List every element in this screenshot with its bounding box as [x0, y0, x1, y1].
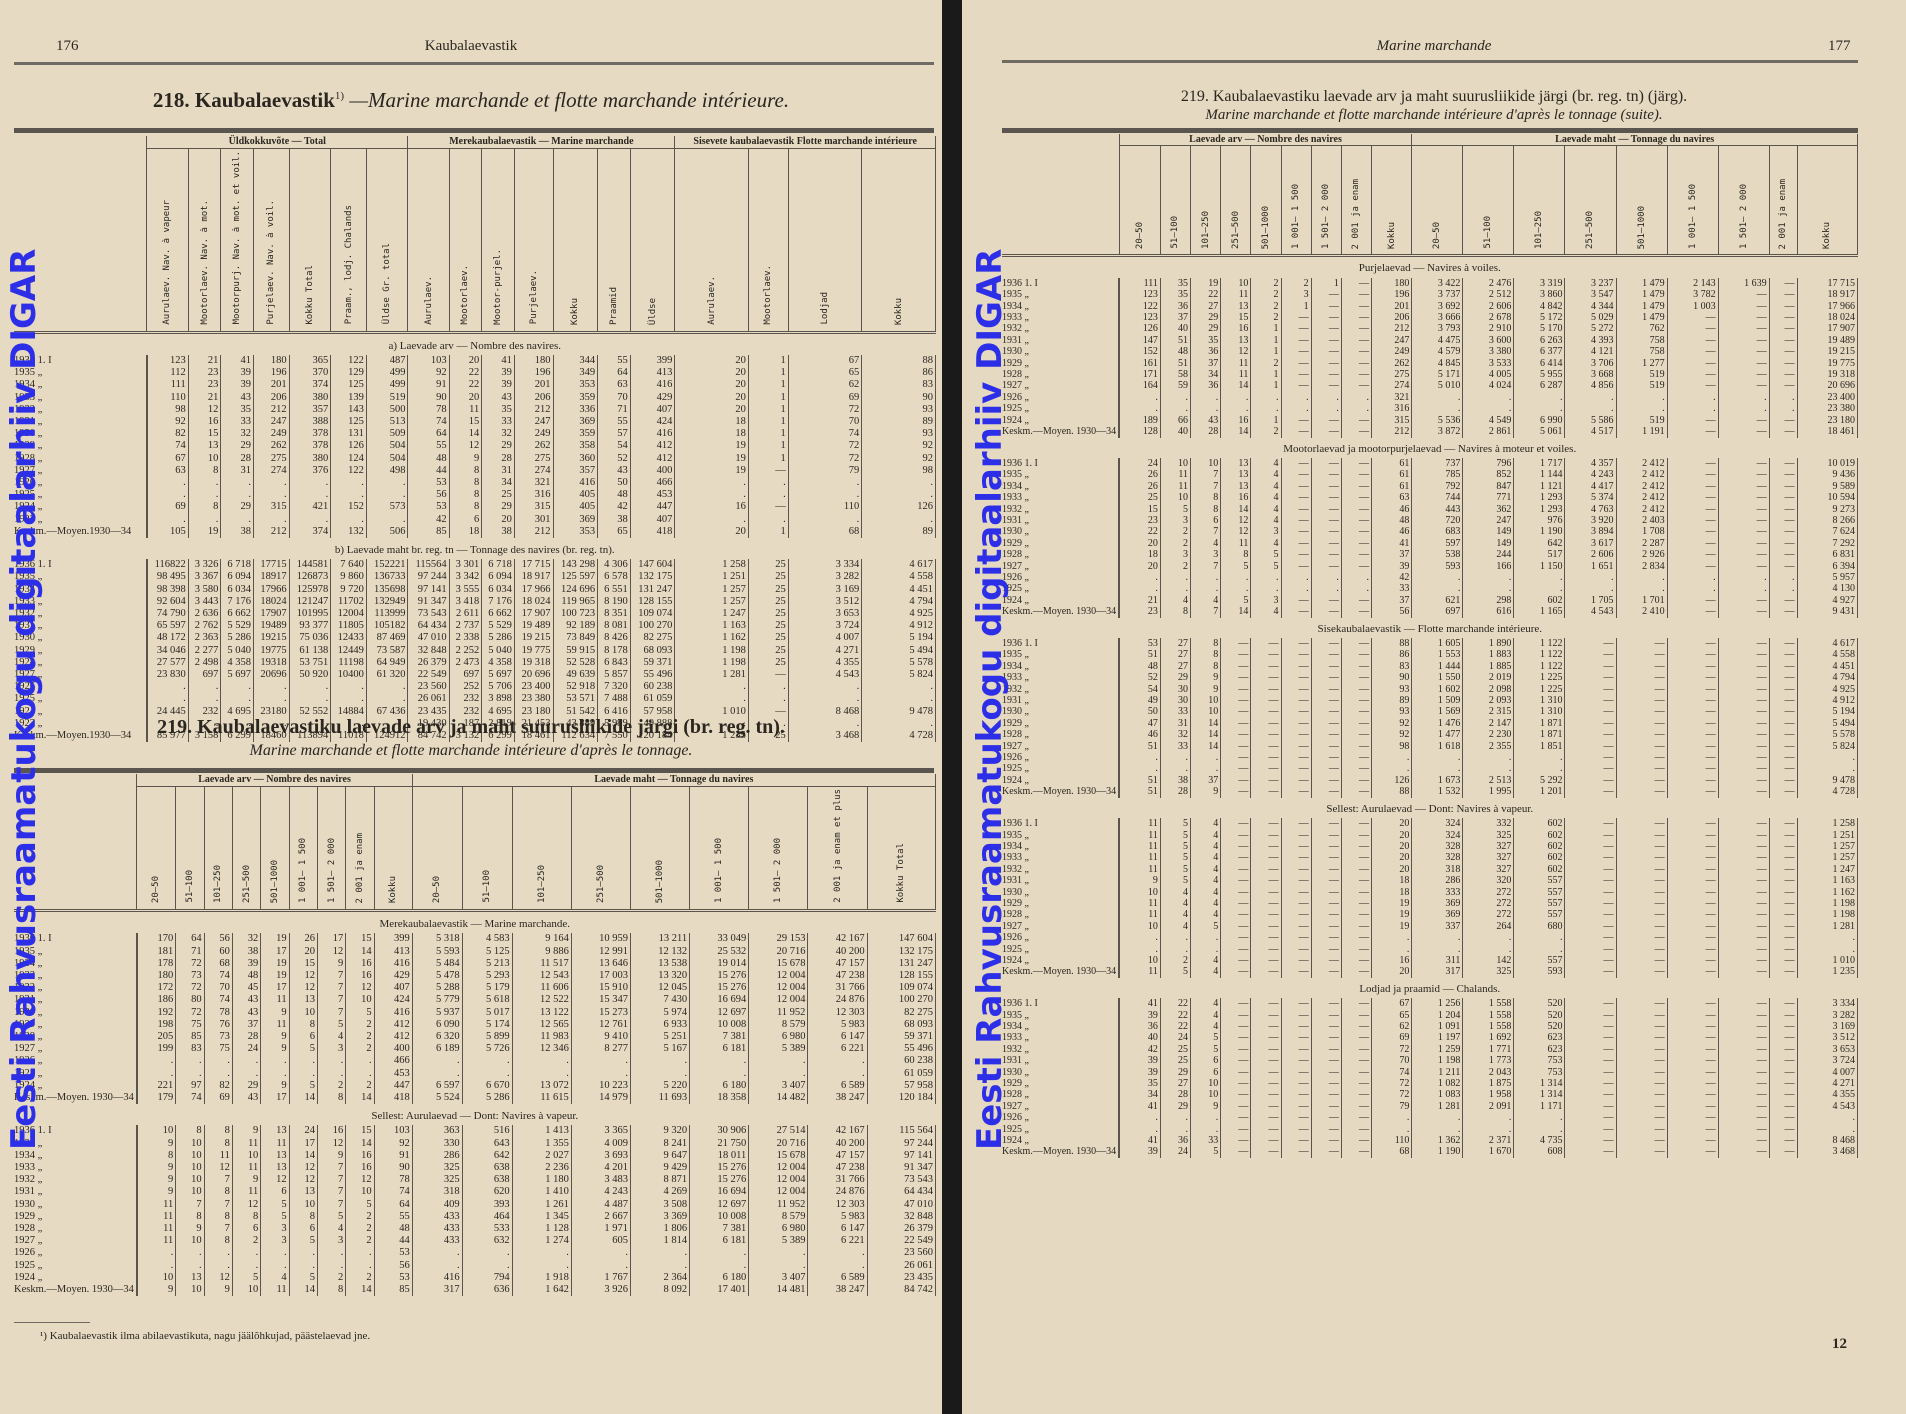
cell: 26 061	[867, 1260, 935, 1272]
cell: —	[1221, 741, 1251, 752]
cell: .	[1119, 403, 1160, 414]
cell: 89	[1371, 695, 1411, 706]
cell: 41	[1119, 1135, 1160, 1146]
row-label: 1926 „	[1002, 932, 1119, 943]
cell: 206	[514, 392, 553, 404]
cell: 5 213	[462, 958, 512, 970]
cell: 1 256	[1412, 998, 1463, 1009]
cell: —	[1281, 1055, 1311, 1066]
divider	[14, 128, 934, 133]
cell: 92	[374, 1138, 412, 1150]
cell: 453	[630, 489, 675, 501]
cell: 418	[374, 1092, 412, 1104]
table-row: 1931 „2336124———487202479763 9202 403———…	[1002, 515, 1858, 526]
cell: 8	[204, 1211, 232, 1223]
cell: .	[1565, 392, 1616, 403]
cell: 11	[137, 1235, 176, 1247]
cell: 64	[598, 367, 631, 379]
cell: .	[1191, 752, 1221, 763]
cell: 32 848	[408, 645, 449, 657]
cell: 82 275	[867, 1007, 935, 1019]
cell: 10	[1191, 1078, 1221, 1089]
cell: 85	[374, 1284, 412, 1296]
cell: 4	[1191, 966, 1221, 977]
cell: —	[1341, 944, 1371, 955]
cell: 61 059	[867, 1068, 935, 1080]
cell: 7	[317, 1186, 345, 1198]
cell: 5 010	[1412, 380, 1463, 391]
cell: 60	[204, 946, 232, 958]
cell: .	[675, 681, 749, 693]
cell: 34 046	[147, 645, 189, 657]
cell: 3 737	[1412, 289, 1463, 300]
cell: —	[1769, 278, 1797, 289]
cell: 11 952	[749, 1007, 808, 1019]
cell: —	[1281, 346, 1311, 357]
cell: 11	[1221, 369, 1251, 380]
cell: 10	[176, 1284, 204, 1296]
table-row: 1924 „214453———376212986021 7051 701———4…	[1002, 595, 1858, 606]
cell: 3 872	[1412, 426, 1463, 437]
cell: 8 081	[598, 620, 631, 632]
column-header: Mootorlaev. Nav. à mot.	[188, 149, 221, 333]
cell: 1 121	[1514, 481, 1565, 492]
cell: —	[1616, 1032, 1667, 1043]
cell: —	[1718, 312, 1769, 323]
cell: —	[1565, 1089, 1616, 1100]
cell: .	[1160, 583, 1190, 594]
cell: 380	[289, 453, 331, 465]
cell: 1 162	[675, 632, 749, 644]
cell: .	[1251, 403, 1281, 414]
cell: 36	[1191, 346, 1221, 357]
cell: 40	[1160, 426, 1190, 437]
cell: 43	[232, 1007, 260, 1019]
cell: 8	[289, 1211, 317, 1223]
cell: 29	[1191, 323, 1221, 334]
cell: 9	[232, 1125, 260, 1137]
cell: 14	[289, 1150, 317, 1162]
cell: 6	[1191, 1055, 1221, 1066]
cell: 25	[1160, 1055, 1190, 1066]
row-label: 1935 „	[1002, 469, 1119, 480]
table-row: 1926 „.......23 5602525 70623 40052 9187…	[14, 681, 936, 693]
cell: 1 314	[1514, 1078, 1565, 1089]
cell: 100 270	[867, 994, 935, 1006]
cell: 8	[449, 501, 482, 513]
cell: 125 597	[553, 571, 598, 583]
cell: 602	[1514, 830, 1565, 841]
cell: 1 355	[512, 1138, 571, 1150]
running-head: Kaubalaevastik	[0, 38, 942, 55]
cell: —	[1769, 1010, 1797, 1021]
cell: —	[1311, 1089, 1341, 1100]
cell: .	[317, 1260, 345, 1272]
cell: 6	[1191, 1067, 1221, 1078]
cell: 6 180	[690, 1272, 749, 1284]
cell: 1	[1251, 369, 1281, 380]
cell: 325	[412, 1174, 462, 1186]
cell: —	[1565, 706, 1616, 717]
row-label: 1925 „	[1002, 1124, 1119, 1135]
cell: 5 017	[462, 1007, 512, 1019]
cell: 2 315	[1463, 706, 1514, 717]
cell: —	[1616, 763, 1667, 774]
cell: —	[1341, 426, 1371, 437]
cell: 72	[1371, 1044, 1411, 1055]
cell: 17 715	[1797, 278, 1858, 289]
cell: 20	[675, 404, 749, 416]
cell: 17966	[254, 584, 290, 596]
cell: —	[1616, 1044, 1667, 1055]
cell: —	[1311, 875, 1341, 886]
column-header: 20—50	[1119, 146, 1160, 256]
row-label: 1924 „	[1002, 955, 1119, 966]
cell: 63	[147, 465, 189, 477]
cell: —	[1616, 718, 1667, 729]
cell: —	[1281, 706, 1311, 717]
column-group-header: Üldkokkuvõte — Total	[147, 136, 408, 149]
cell: 26	[289, 933, 317, 945]
cell: —	[1281, 729, 1311, 740]
cell: —	[1281, 998, 1311, 1009]
cell: 3	[1251, 595, 1281, 606]
cell: 43	[221, 392, 254, 404]
cell: 12 697	[690, 1199, 749, 1211]
cell: 737	[1412, 458, 1463, 469]
cell: .	[188, 681, 221, 693]
cell: —	[1221, 818, 1251, 829]
cell: —	[1281, 561, 1311, 572]
cell: 18 024	[1797, 312, 1858, 323]
table-row: 1931 „39256—————701 1981 773753—————3 72…	[1002, 1055, 1858, 1066]
cell: 2 412	[1616, 504, 1667, 515]
cell: 18	[1371, 887, 1411, 898]
column-group-header: Laevade arv — Nombre des navires	[137, 774, 412, 787]
cell: .	[1412, 392, 1463, 403]
cell: 3 169	[1797, 1021, 1858, 1032]
cell: —	[1769, 729, 1797, 740]
cell: 51	[1160, 358, 1190, 369]
cell: 13	[188, 440, 221, 452]
cell: 1 257	[675, 584, 749, 596]
footnote: ¹) Kaubalaevastik ilma abilaevastikuta, …	[40, 1330, 370, 1342]
cell: —	[1616, 706, 1667, 717]
cell: —	[1718, 852, 1769, 863]
cell: 128 155	[867, 970, 935, 982]
cell: —	[1718, 458, 1769, 469]
cell: 2	[346, 1272, 374, 1284]
cell: .	[289, 514, 331, 526]
cell: 19489	[254, 620, 290, 632]
cell: 5 167	[630, 1043, 689, 1055]
cell: 89	[862, 416, 936, 428]
column-header: Mootor-purjel.	[482, 149, 515, 333]
cell: .	[1281, 583, 1311, 594]
table-row: 1936 1. I1168223 3266 718177151445817 64…	[14, 559, 936, 571]
cell: 360	[553, 453, 598, 465]
cell: 324	[1412, 830, 1463, 841]
cell: .	[1311, 583, 1341, 594]
table-row: 1924 „1896643161———3155 5364 5496 9905 5…	[1002, 415, 1858, 426]
cell: 378	[289, 428, 331, 440]
table-row: 1928 „1715834111———2755 1714 0055 9553 6…	[1002, 369, 1858, 380]
cell: 1	[1251, 346, 1281, 357]
cell: —	[1311, 649, 1341, 660]
cell: 9	[204, 1284, 232, 1296]
cell: 6 189	[412, 1043, 462, 1055]
cell: —	[1251, 1021, 1281, 1032]
cell: 1	[748, 440, 788, 452]
cell: 70	[1371, 1055, 1411, 1066]
cell: 5 824	[862, 669, 936, 681]
column-header: 501—1000	[1251, 146, 1281, 256]
cell: 205	[137, 1031, 176, 1043]
cell: 51	[1160, 335, 1190, 346]
cell: 4 543	[1797, 1101, 1858, 1112]
cell: 4	[1191, 1021, 1221, 1032]
cell: 1	[748, 355, 788, 367]
cell: 4 617	[862, 559, 936, 571]
cell: 19	[261, 958, 289, 970]
cell: —	[1251, 1112, 1281, 1123]
table-row: 1936 1. I170645632192617153995 3184 5839…	[14, 933, 936, 945]
cell: 519	[1616, 415, 1667, 426]
cell: .	[1119, 932, 1160, 943]
cell: 1 211	[1412, 1067, 1463, 1078]
cell: 4 549	[1463, 415, 1514, 426]
cell: 5 983	[808, 1211, 867, 1223]
cell: —	[1616, 955, 1667, 966]
column-header: 1 001— 1 500	[690, 787, 749, 911]
cell: —	[1616, 1146, 1667, 1157]
row-label: 1926 „	[1002, 392, 1119, 403]
cell: 5 706	[482, 681, 515, 693]
cell: 91	[408, 379, 449, 391]
cell: 11	[261, 1284, 289, 1296]
column-header: 1 001— 1 500	[1667, 146, 1718, 256]
cell: 796	[1463, 458, 1514, 469]
table-row: Keskm.—Moyen. 1930—342387144———566976161…	[1002, 606, 1858, 617]
cell: —	[1667, 1124, 1718, 1135]
cell: 18	[449, 526, 482, 538]
cell: 1 918	[512, 1272, 571, 1284]
cell: —	[1769, 752, 1797, 763]
cell: —	[1251, 661, 1281, 672]
cell: 3	[1251, 526, 1281, 537]
row-label: 1933 „	[1002, 312, 1119, 323]
cell: —	[1718, 606, 1769, 617]
cell: 33	[1160, 706, 1190, 717]
cell: 16	[1371, 955, 1411, 966]
cell: 5 484	[412, 958, 462, 970]
cell: 7	[1191, 481, 1221, 492]
cell: 7	[317, 1162, 345, 1174]
cell: .	[1412, 763, 1463, 774]
cell: 3 555	[449, 584, 482, 596]
cell: 12 522	[512, 994, 571, 1006]
cell: 762	[1616, 323, 1667, 334]
cell: .	[1514, 763, 1565, 774]
cell: 9 720	[331, 584, 367, 596]
cell: 1 261	[512, 1199, 571, 1211]
cell: 2 252	[449, 645, 482, 657]
cell: —	[1341, 504, 1371, 515]
cell: —	[1341, 278, 1371, 289]
cell: 5 494	[1797, 718, 1858, 729]
cell: —	[1251, 1078, 1281, 1089]
cell: 520	[1514, 998, 1565, 1009]
cell: 412	[630, 440, 675, 452]
table-row: 1934 „1112339201374125499912239201353634…	[14, 379, 936, 391]
cell: —	[1565, 1067, 1616, 1078]
cell: .	[254, 477, 290, 489]
cell: 5 974	[630, 1007, 689, 1019]
cell: 12	[1221, 526, 1251, 537]
cell: 5 288	[412, 982, 462, 994]
cell: .	[1371, 1112, 1411, 1123]
cell: 43	[1191, 415, 1221, 426]
cell: .	[1160, 392, 1190, 403]
cell: .	[1797, 944, 1858, 955]
cell: 519	[1616, 369, 1667, 380]
cell: 2 027	[512, 1150, 571, 1162]
cell: .	[748, 681, 788, 693]
cell: —	[1667, 695, 1718, 706]
cell: 24	[1119, 458, 1160, 469]
column-header: 101—250	[1514, 146, 1565, 256]
cell: 7 320	[598, 681, 631, 693]
cell: 29	[1160, 1067, 1190, 1078]
cell: 65	[598, 526, 631, 538]
cell: 5 955	[1514, 369, 1565, 380]
cell: 2 363	[188, 632, 221, 644]
cell: 2 371	[1463, 1135, 1514, 1146]
cell: —	[1565, 841, 1616, 852]
cell: 4 024	[1463, 380, 1514, 391]
cell: 416	[630, 428, 675, 440]
cell: 65 597	[147, 620, 189, 632]
cell: —	[1281, 875, 1311, 886]
cell: —	[1281, 741, 1311, 752]
cell: 5	[1160, 864, 1190, 875]
cell: 1	[748, 453, 788, 465]
cell: .	[1667, 583, 1718, 594]
cell: —	[1251, 729, 1281, 740]
cell: 4	[1191, 875, 1221, 886]
cell: .	[1463, 944, 1514, 955]
cell: —	[1667, 380, 1718, 391]
cell: 1 885	[1463, 661, 1514, 672]
cell: 11	[137, 1199, 176, 1211]
cell: 4 130	[1797, 583, 1858, 594]
cell: —	[1311, 335, 1341, 346]
row-label: 1930 „	[1002, 1067, 1119, 1078]
cell: 131	[331, 428, 367, 440]
table-219-subtitle: Marine marchande et flotte marchande int…	[0, 742, 942, 760]
cell: 35	[1191, 335, 1221, 346]
cell: —	[1718, 786, 1769, 797]
cell: .	[1311, 572, 1341, 583]
cell: 20696	[254, 669, 290, 681]
cell: —	[1311, 1032, 1341, 1043]
cell: —	[1718, 335, 1769, 346]
cell: 3 653	[788, 608, 862, 620]
cell: .	[1160, 763, 1190, 774]
cell: 13	[261, 1162, 289, 1174]
cell: 12 303	[808, 1199, 867, 1211]
cell: 4	[1251, 492, 1281, 503]
cell: 593	[1514, 966, 1565, 977]
cell: —	[1311, 741, 1341, 752]
cell: 12	[317, 1138, 345, 1150]
cell: 63	[598, 379, 631, 391]
cell: 17 966	[514, 584, 553, 596]
cell: .	[1463, 763, 1514, 774]
cell: .	[1463, 752, 1514, 763]
cell: 4 794	[862, 596, 936, 608]
cell: .	[1769, 403, 1797, 414]
cell: 126	[862, 501, 936, 513]
cell: 33	[1371, 583, 1411, 594]
cell: 318	[1412, 864, 1463, 875]
cell: —	[1667, 415, 1718, 426]
cell: —	[1565, 752, 1616, 763]
cell: —	[1281, 909, 1311, 920]
cell: 6 090	[412, 1019, 462, 1031]
table-row: 1930 „11771251075644093931 2614 4873 508…	[14, 1199, 936, 1211]
cell: 27 514	[749, 1125, 808, 1137]
cell: 12 004	[749, 1162, 808, 1174]
cell: 178	[137, 958, 176, 970]
cell: 4 842	[1514, 301, 1565, 312]
cell: 1 225	[1514, 672, 1565, 683]
cell: 10	[1160, 458, 1190, 469]
cell: 12 045	[630, 982, 689, 994]
cell: 47 157	[808, 1150, 867, 1162]
cell: 115564	[408, 559, 449, 571]
cell: 274	[514, 465, 553, 477]
cell: —	[1769, 684, 1797, 695]
cell: 6 263	[1514, 335, 1565, 346]
cell: 23	[1119, 606, 1160, 617]
cell: —	[1251, 909, 1281, 920]
cell: .	[1769, 572, 1797, 583]
cell: 14 481	[749, 1284, 808, 1296]
cell: 16 694	[690, 994, 749, 1006]
cell: 5	[1221, 595, 1251, 606]
cell: 274	[254, 465, 290, 477]
column-header: 251—500	[571, 787, 630, 911]
cell: —	[1769, 606, 1797, 617]
cell: 201	[514, 379, 553, 391]
cell: 5 593	[412, 946, 462, 958]
cell: 32	[1160, 729, 1190, 740]
cell: 5 194	[1797, 706, 1858, 717]
column-header: Praamid	[598, 149, 631, 333]
cell: 14	[1221, 380, 1251, 391]
cell: 181	[137, 946, 176, 958]
cell: .	[1371, 763, 1411, 774]
cell: —	[1769, 415, 1797, 426]
cell: 72	[788, 404, 862, 416]
cell: 212	[254, 404, 290, 416]
cell: —	[1718, 741, 1769, 752]
cell: —	[1311, 1146, 1341, 1157]
column-header: Kokku	[374, 787, 412, 911]
cell: —	[1667, 1078, 1718, 1089]
cell: 519	[1616, 380, 1667, 391]
